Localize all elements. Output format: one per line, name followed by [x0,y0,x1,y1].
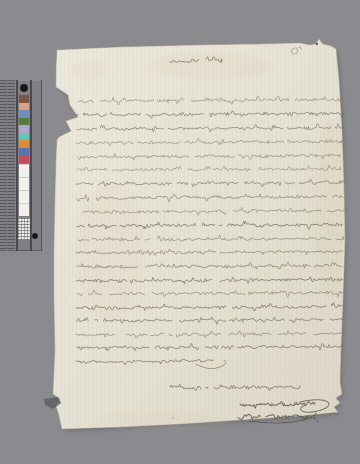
target-barcode-label [18,218,30,239]
color-patch-orange [19,140,29,148]
color-patch-brown [19,95,29,103]
target-slot-line [30,80,32,251]
color-patch-salmon [19,103,29,111]
ruler-scale [0,80,15,251]
age-stain [76,180,144,320]
color-patch-cyan [19,133,29,141]
age-stain [90,410,230,430]
manuscript-photo [0,0,360,464]
paper-speck [316,43,318,45]
ink-speck [172,417,174,419]
color-patch-red [19,155,29,163]
registration-dot-top [20,84,28,92]
color-patch-column [19,82,29,239]
color-patch-green [19,118,29,126]
age-stain [72,60,108,80]
ink-dot [313,417,315,419]
color-patch-blue [19,110,29,118]
registration-dot-bottom [32,233,38,239]
color-patch-indigo [19,148,29,156]
ink-dot [317,421,319,423]
age-stain [148,52,272,80]
photograph-background [0,0,360,464]
color-patch-lavender [19,125,29,133]
color-calibration-target [0,80,42,251]
grayscale-step-wedge [19,164,29,216]
age-stain [314,120,346,300]
